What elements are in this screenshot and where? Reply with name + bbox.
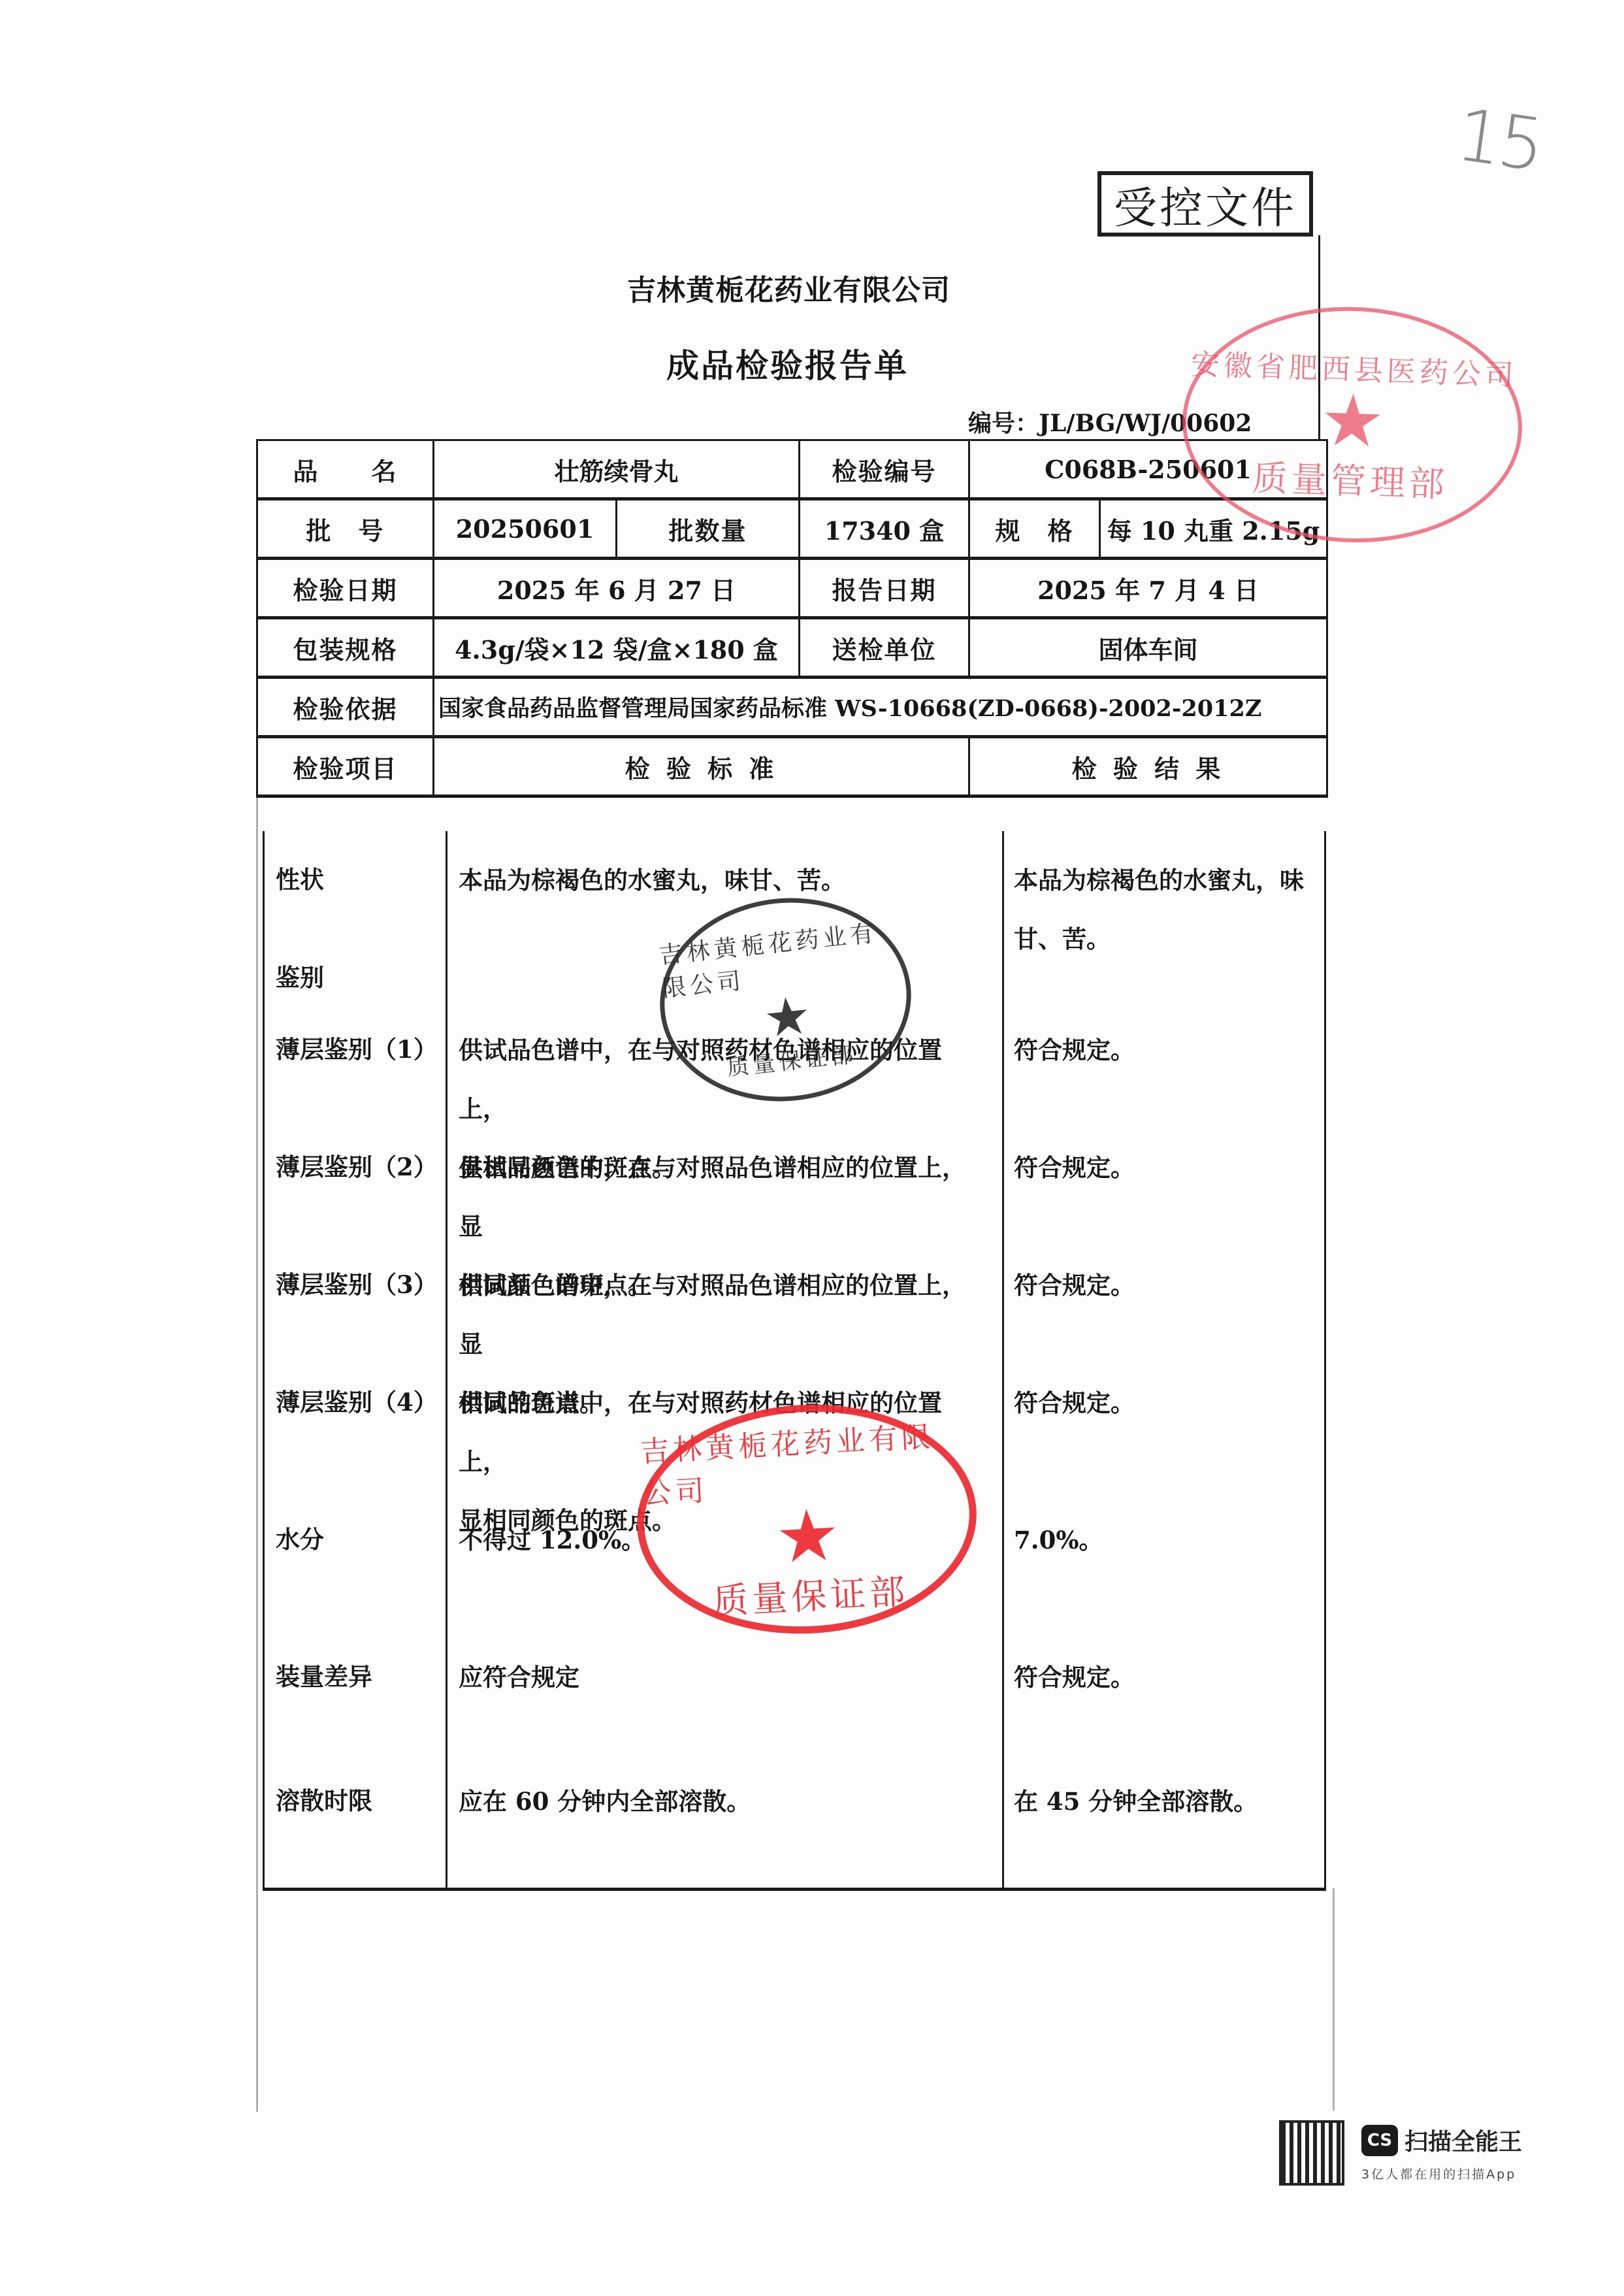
- scanner-brand: 扫描全能王: [1405, 2124, 1522, 2157]
- col-line: [446, 831, 447, 1891]
- header-item: 检验项目: [257, 737, 434, 796]
- submitting-unit-label: 送检单位: [800, 618, 969, 678]
- test-item: 薄层鉴别（3）: [276, 1256, 439, 1313]
- test-standard: 应在 60 分钟内全部溶散。: [459, 1772, 988, 1831]
- col-line: [1002, 831, 1004, 1891]
- batch-qty-label: 批数量: [617, 499, 800, 559]
- info-table: 品 名 壮筋续骨丸 检验编号 C068B-250601 批 号 20250601…: [256, 439, 1326, 798]
- test-item: 薄层鉴别（2）: [276, 1138, 439, 1196]
- test-result: 符合规定。: [1014, 1648, 1321, 1707]
- scanner-watermark: CS 扫描全能王 3亿人都在用的扫描App: [1279, 2120, 1522, 2186]
- header-result: 检 验 结 果: [969, 737, 1327, 796]
- report-date-label: 报告日期: [800, 559, 969, 618]
- handwritten-page-number: 15: [1452, 93, 1546, 188]
- camscanner-logo-icon: CS: [1361, 2125, 1398, 2156]
- product-name: 壮筋续骨丸: [434, 440, 800, 499]
- test-item: 水分: [276, 1511, 439, 1568]
- document-number: 编号：JL/BG/WJ/00602: [968, 405, 1252, 438]
- inspection-date: 2025 年 6 月 27 日: [434, 559, 800, 618]
- row-product: 品 名 壮筋续骨丸 检验编号 C068B-250601: [257, 440, 1327, 499]
- qr-code-icon: [1279, 2120, 1344, 2186]
- batch-no-label: 批 号: [257, 499, 434, 559]
- spec-label: 规 格: [969, 499, 1100, 559]
- scanner-tagline: 3亿人都在用的扫描App: [1361, 2165, 1522, 2182]
- row-basis: 检验依据 国家食品药品监督管理局国家药品标准 WS-10668(ZD-0668)…: [257, 678, 1327, 737]
- submitting-unit: 固体车间: [969, 618, 1327, 678]
- inspection-no-label: 检验编号: [800, 440, 969, 499]
- table-bottom-line: [263, 1888, 1326, 1891]
- inspection-no: C068B-250601: [969, 440, 1327, 499]
- row-packaging: 包装规格 4.3g/袋×12 袋/盒×180 盒 送检单位 固体车间: [257, 618, 1327, 678]
- report-title: 成品检验报告单: [666, 340, 909, 387]
- packaging: 4.3g/袋×12 袋/盒×180 盒: [434, 618, 800, 678]
- batch-no: 20250601: [434, 499, 617, 559]
- row-dates: 检验日期 2025 年 6 月 27 日 报告日期 2025 年 7 月 4 日: [257, 559, 1327, 618]
- results-table-body: 性状本品为棕褐色的水蜜丸，味甘、苦。本品为棕褐色的水蜜丸，味 甘、苦。鉴别薄层鉴…: [263, 831, 1326, 1891]
- test-item: 薄层鉴别（4）: [276, 1373, 439, 1431]
- frame-line: [1318, 235, 1320, 439]
- document-number-value: JL/BG/WJ/00602: [1039, 410, 1252, 437]
- header-standard: 检 验 标 准: [434, 737, 969, 796]
- inspection-date-label: 检验日期: [257, 559, 434, 618]
- stamp-arc-text: 安徽省肥西县医药公司: [1190, 340, 1518, 393]
- test-item: 薄层鉴别（1）: [276, 1021, 439, 1078]
- test-result: 本品为棕褐色的水蜜丸，味 甘、苦。: [1014, 851, 1321, 968]
- test-result: 符合规定。: [1014, 1373, 1321, 1432]
- row-batch: 批 号 20250601 批数量 17340 盒 规 格 每 10 丸重 2.1…: [257, 499, 1327, 559]
- test-result: 符合规定。: [1014, 1021, 1321, 1079]
- test-item: 溶散时限: [276, 1772, 439, 1829]
- test-result: 符合规定。: [1014, 1138, 1321, 1197]
- basis: 国家食品药品监督管理局国家药品标准 WS-10668(ZD-0668)-2002…: [434, 678, 1327, 737]
- test-result: 7.0%。: [1014, 1511, 1321, 1569]
- test-result: 符合规定。: [1014, 1256, 1321, 1315]
- row-results-header: 检验项目 检 验 标 准 检 验 结 果: [257, 737, 1327, 796]
- test-result: 在 45 分钟全部溶散。: [1014, 1772, 1321, 1831]
- basis-label: 检验依据: [257, 678, 434, 737]
- test-item: 鉴别: [276, 949, 439, 1006]
- test-standard: 本品为棕褐色的水蜜丸，味甘、苦。: [459, 851, 988, 910]
- col-line: [1324, 831, 1326, 1891]
- report-date: 2025 年 7 月 4 日: [969, 559, 1327, 618]
- document-number-label: 编号：: [968, 410, 1039, 437]
- company-name: 吉林黄栀花药业有限公司: [627, 267, 950, 308]
- controlled-document-stamp: 受控文件: [1097, 171, 1313, 237]
- packaging-label: 包装规格: [257, 618, 434, 678]
- test-standard: 应符合规定: [459, 1648, 988, 1707]
- product-name-label: 品 名: [257, 440, 434, 499]
- spec: 每 10 丸重 2.15g: [1100, 499, 1327, 559]
- frame-line: [1333, 1888, 1335, 2110]
- col-line: [263, 831, 265, 1891]
- star-icon: ★: [1319, 387, 1386, 454]
- batch-qty: 17340 盒: [800, 499, 969, 559]
- test-item: 性状: [276, 851, 439, 908]
- test-item: 装量差异: [276, 1648, 439, 1705]
- test-standard: 不得过 12.0%。: [459, 1511, 988, 1569]
